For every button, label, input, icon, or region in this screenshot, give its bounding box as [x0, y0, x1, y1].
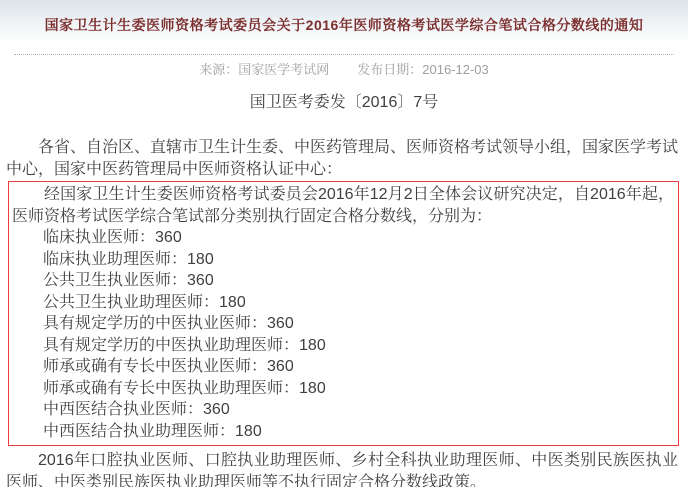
score-colon: ： [283, 380, 299, 397]
score-category: 具有规定学历的中医执业助理医师 [43, 337, 283, 354]
score-category: 师承或确有专长中医执业助理医师 [43, 380, 283, 397]
score-category: 公共卫生执业医师 [43, 272, 171, 289]
score-category: 中西医结合执业医师 [43, 401, 187, 418]
highlight-box: 经国家卫生计生委医师资格考试委员会2016年12月2日全体会议研究决定，自201… [8, 181, 679, 446]
score-line-tcm-apprentice-assistant: 师承或确有专长中医执业助理医师：180 [11, 378, 674, 400]
score-line-integrated-medicine-physician: 中西医结合执业医师：360 [11, 399, 674, 421]
score-category: 临床执业助理医师 [43, 251, 171, 268]
notice-page: 国家卫生计生委医师资格考试委员会关于2016年医师资格考试医学综合笔试合格分数线… [0, 0, 688, 487]
score-colon: ： [171, 272, 187, 289]
score-line-tcm-qualified-physician: 具有规定学历的中医执业医师：360 [11, 313, 674, 335]
score-value: 360 [155, 229, 182, 246]
score-line-clinical-physician: 临床执业医师：360 [11, 227, 674, 249]
score-line-tcm-qualified-assistant: 具有规定学历的中医执业助理医师：180 [11, 335, 674, 357]
score-value: 180 [299, 380, 326, 397]
score-colon: ： [251, 358, 267, 375]
score-colon: ： [203, 294, 219, 311]
page-title: 国家卫生计生委医师资格考试委员会关于2016年医师资格考试医学综合笔试合格分数线… [26, 0, 662, 35]
score-line-integrated-medicine-assistant: 中西医结合执业助理医师：180 [11, 421, 674, 443]
publish-date-label: 发布日期： [357, 62, 422, 77]
score-category: 师承或确有专长中医执业医师 [43, 358, 251, 375]
score-value: 360 [267, 358, 294, 375]
source-value: 国家医学考试网 [238, 62, 329, 77]
score-line-public-health-assistant: 公共卫生执业助理医师：180 [11, 292, 674, 314]
meta-line: 来源：国家医学考试网发布日期：2016-12-03 [0, 62, 688, 78]
score-colon: ： [171, 251, 187, 268]
publish-date-value: 2016-12-03 [422, 62, 489, 77]
score-line-tcm-apprentice-physician: 师承或确有专长中医执业医师：360 [11, 356, 674, 378]
score-category: 具有规定学历的中医执业医师 [43, 315, 251, 332]
score-line-clinical-assistant: 临床执业助理医师：180 [11, 249, 674, 271]
score-value: 180 [187, 251, 214, 268]
score-colon: ： [283, 337, 299, 354]
score-value: 360 [187, 272, 214, 289]
score-value: 360 [267, 315, 294, 332]
source-label: 来源： [199, 62, 238, 77]
salutation-paragraph: 各省、自治区、直辖市卫生计生委、中医药管理局、医师资格考试领导小组，国家医学考试… [6, 137, 678, 181]
score-category: 中西医结合执业助理医师 [43, 423, 219, 440]
closing-paragraph: 2016年口腔执业医师、口腔执业助理医师、乡村全科执业助理医师、中医类别民族医执… [6, 450, 678, 487]
score-value: 180 [299, 337, 326, 354]
score-value: 360 [203, 401, 230, 418]
score-line-public-health-physician: 公共卫生执业医师：360 [11, 270, 674, 292]
score-value: 180 [219, 294, 246, 311]
score-colon: ： [187, 401, 203, 418]
score-category: 临床执业医师 [43, 229, 139, 246]
score-colon: ： [251, 315, 267, 332]
score-colon: ： [139, 229, 155, 246]
document-number: 国卫医考委发〔2016〕7号 [0, 94, 688, 111]
notice-content: 国家卫生计生委医师资格考试委员会关于2016年医师资格考试医学综合笔试合格分数线… [0, 0, 688, 487]
score-category: 公共卫生执业助理医师 [43, 294, 203, 311]
score-colon: ： [219, 423, 235, 440]
dotted-separator [14, 54, 674, 55]
score-value: 180 [235, 423, 262, 440]
decision-paragraph: 经国家卫生计生委医师资格考试委员会2016年12月2日全体会议研究决定，自201… [12, 184, 674, 227]
